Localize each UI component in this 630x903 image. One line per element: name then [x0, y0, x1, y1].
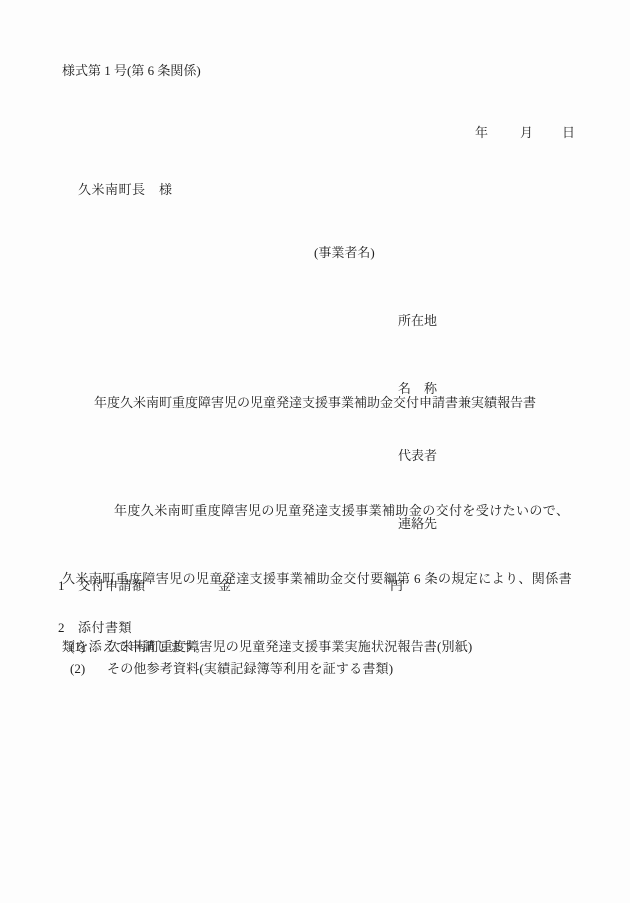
date-month-label: 月 — [520, 126, 533, 139]
attachment-1-number: (1) — [70, 640, 85, 653]
addressee: 久米南町長 様 — [78, 183, 173, 196]
item2-number: 2 — [58, 621, 65, 634]
attachment-2-text: その他参考資料(実績記録簿等利用を証する書類) — [107, 662, 393, 675]
attachment-1-text: 久米南町重度障害児の児童発達支援事業実施状況報告書(別紙) — [107, 640, 472, 653]
item2-label: 添付書類 — [78, 621, 132, 634]
date-year-label: 年 — [475, 126, 488, 139]
applicant-field-address: 所在地 — [398, 310, 437, 333]
document-page: 様式第 1 号(第 6 条関係) 年 月 日 久米南町長 様 (事業者名) 所在… — [0, 0, 630, 903]
body-line-1: 年度久米南町重度障害児の児童発達支援事業補助金の交付を受けたいので、 — [62, 500, 572, 523]
item1-number: 1 — [58, 579, 65, 592]
document-title: 年度久米南町重度障害児の児童発達支援事業補助金交付申請書兼実績報告書 — [0, 396, 630, 409]
date-day-label: 日 — [562, 126, 575, 139]
attachment-2-number: (2) — [70, 662, 85, 675]
amount-suffix-yen: 円 — [390, 579, 403, 592]
form-code: 様式第 1 号(第 6 条関係) — [62, 64, 201, 77]
amount-blank — [234, 579, 386, 593]
applicant-group-label: (事業者名) — [314, 246, 375, 259]
item1-label: 交付申請額 — [78, 579, 146, 592]
amount-prefix-kin: 金 — [218, 579, 231, 592]
